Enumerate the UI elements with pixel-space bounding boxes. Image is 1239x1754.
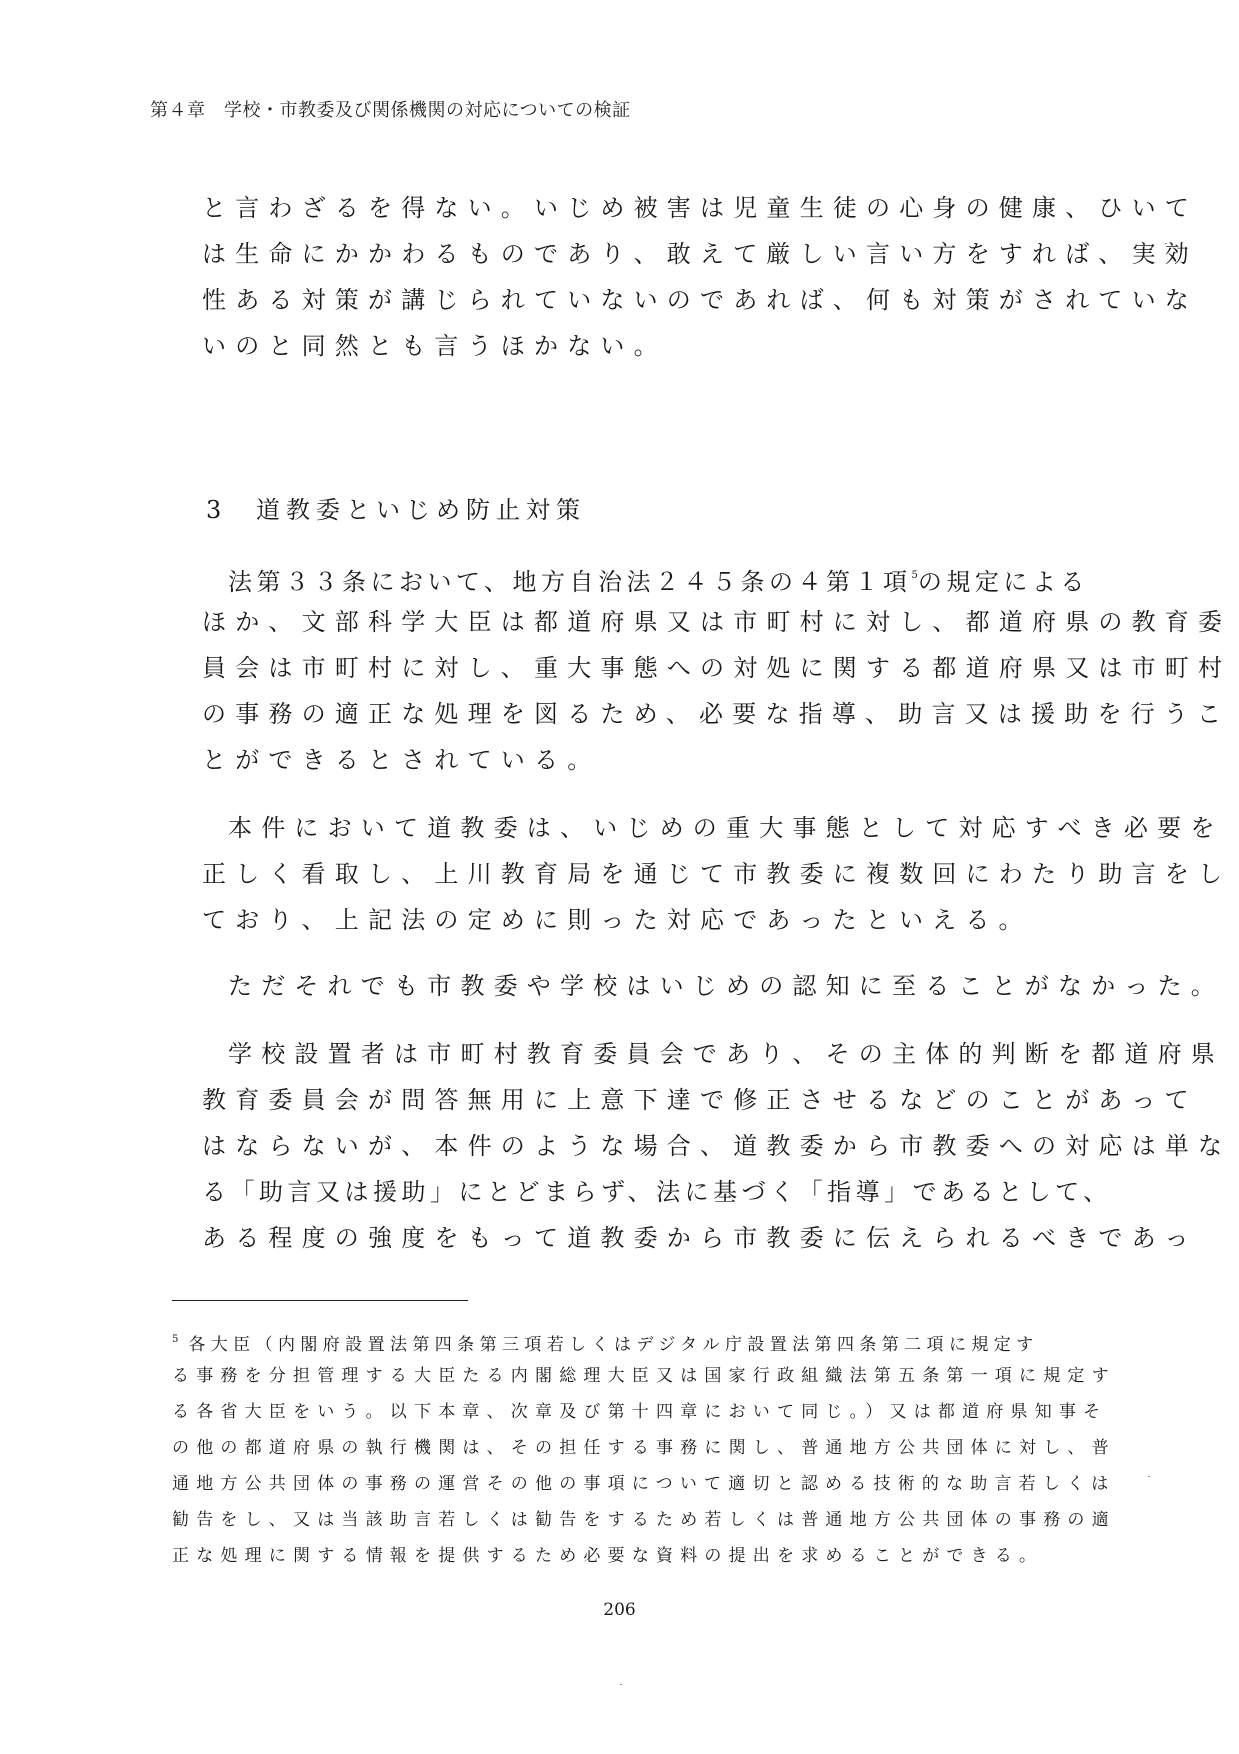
text-line: 員会は市町村に対し、重大事態への対処に関する都道府県又は市町村 (202, 652, 1231, 684)
footnote-line: 勧告をし、又は当該助言若しくは勧告をするため若しくは普通地方公共団体の事務の適 (172, 1508, 1116, 1532)
text-line: 本件において道教委は、いじめの重大事態として対応すべき必要を (228, 812, 1224, 844)
page-number: 206 (0, 1600, 1239, 1620)
text-segment: の規定による (918, 568, 1089, 596)
section-number: 3 (206, 494, 256, 526)
text-segment: 各大臣（内閣府設置法第四条第三項若しくはデジタル庁設置法第四条第二項に規定す (188, 1335, 1038, 1355)
footnote-mark: 5 (172, 1334, 178, 1345)
text-line: 性ある対策が講じられていないのであれば、何も対策がされていな (202, 284, 1198, 316)
footnote-line: の他の都道府県の執行機関は、その担任する事務に関し、普通地方公共団体に対し、普 (172, 1436, 1116, 1460)
text-line: 教育委員会が問答無用に上意下達で修正させるなどのことがあって (202, 1084, 1198, 1116)
text-line: はならないが、本件のような場合、道教委から市教委への対応は単な (202, 1130, 1231, 1162)
text-line: 法第３３条において、地方自治法２４５条の４第１項5の規定による (228, 560, 1089, 592)
text-line: 正しく看取し、上川教育局を通じて市教委に複数回にわたり助言をし (202, 858, 1231, 890)
text-line: 学校設置者は市町村教育委員会であり、その主体的判断を都道府県 (228, 1038, 1224, 1070)
footnote-line: 正な処理に関する情報を提供するため必要な資料の提出を求めることができる。 (172, 1544, 1043, 1568)
section-heading: 3道教委といじめ防止対策 (206, 494, 586, 526)
text-line: ある程度の強度をもって道教委から市教委に伝えられるべきであっ (202, 1222, 1198, 1254)
scan-artifact (1165, 243, 1167, 244)
footnote-separator (172, 1300, 468, 1301)
text-line: とができるとされている。 (202, 744, 600, 776)
text-line: いのと同然とも言うほかない。 (202, 330, 667, 362)
text-line: の事務の適正な処理を図るため、必要な指導、助言又は援助を行うこ (202, 698, 1230, 730)
text-line: る「助言又は援助」にとどまらず、法に基づく「指導」であるとして、 (202, 1176, 1112, 1208)
text-segment: 法第３３条において、地方自治法２４５条の４第１項 (228, 568, 912, 596)
text-line: と言わざるを得ない。いじめ被害は児童生徒の心身の健康、ひいて (202, 192, 1198, 224)
text-line: ており、上記法の定めに則った対応であったといえる。 (202, 904, 1032, 936)
text-line: ただそれでも市教委や学校はいじめの認知に至ることがなかった。 (228, 970, 1224, 1002)
footnote-line: 通地方公共団体の事務の運営その他の事項について適切と認める技術的な助言若しくは (172, 1472, 1115, 1496)
scan-artifact (620, 1684, 622, 1685)
scan-artifact (1148, 1476, 1150, 1477)
section-title: 道教委といじめ防止対策 (256, 496, 586, 524)
footnote-line: る事務を分担管理する大臣たる内閣総理大臣又は国家行政組織法第五条第一項に規定す (172, 1364, 1116, 1388)
footnote-line: る各省大臣をいう。以下本章、次章及び第十四章において同じ。）又は都道府県知事そ (172, 1400, 1107, 1424)
text-line: ほか、文部科学大臣は都道府県又は市町村に対し、都道府県の教育委 (202, 606, 1231, 638)
running-header: 第４章 学校・市教委及び関係機関の対応についての検証 (150, 96, 631, 122)
text-line: は生命にかかわるものであり、敢えて厳しい言い方をすれば、実効 (202, 238, 1198, 270)
footnote-line: 5各大臣（内閣府設置法第四条第三項若しくはデジタル庁設置法第四条第二項に規定す (172, 1328, 1039, 1357)
